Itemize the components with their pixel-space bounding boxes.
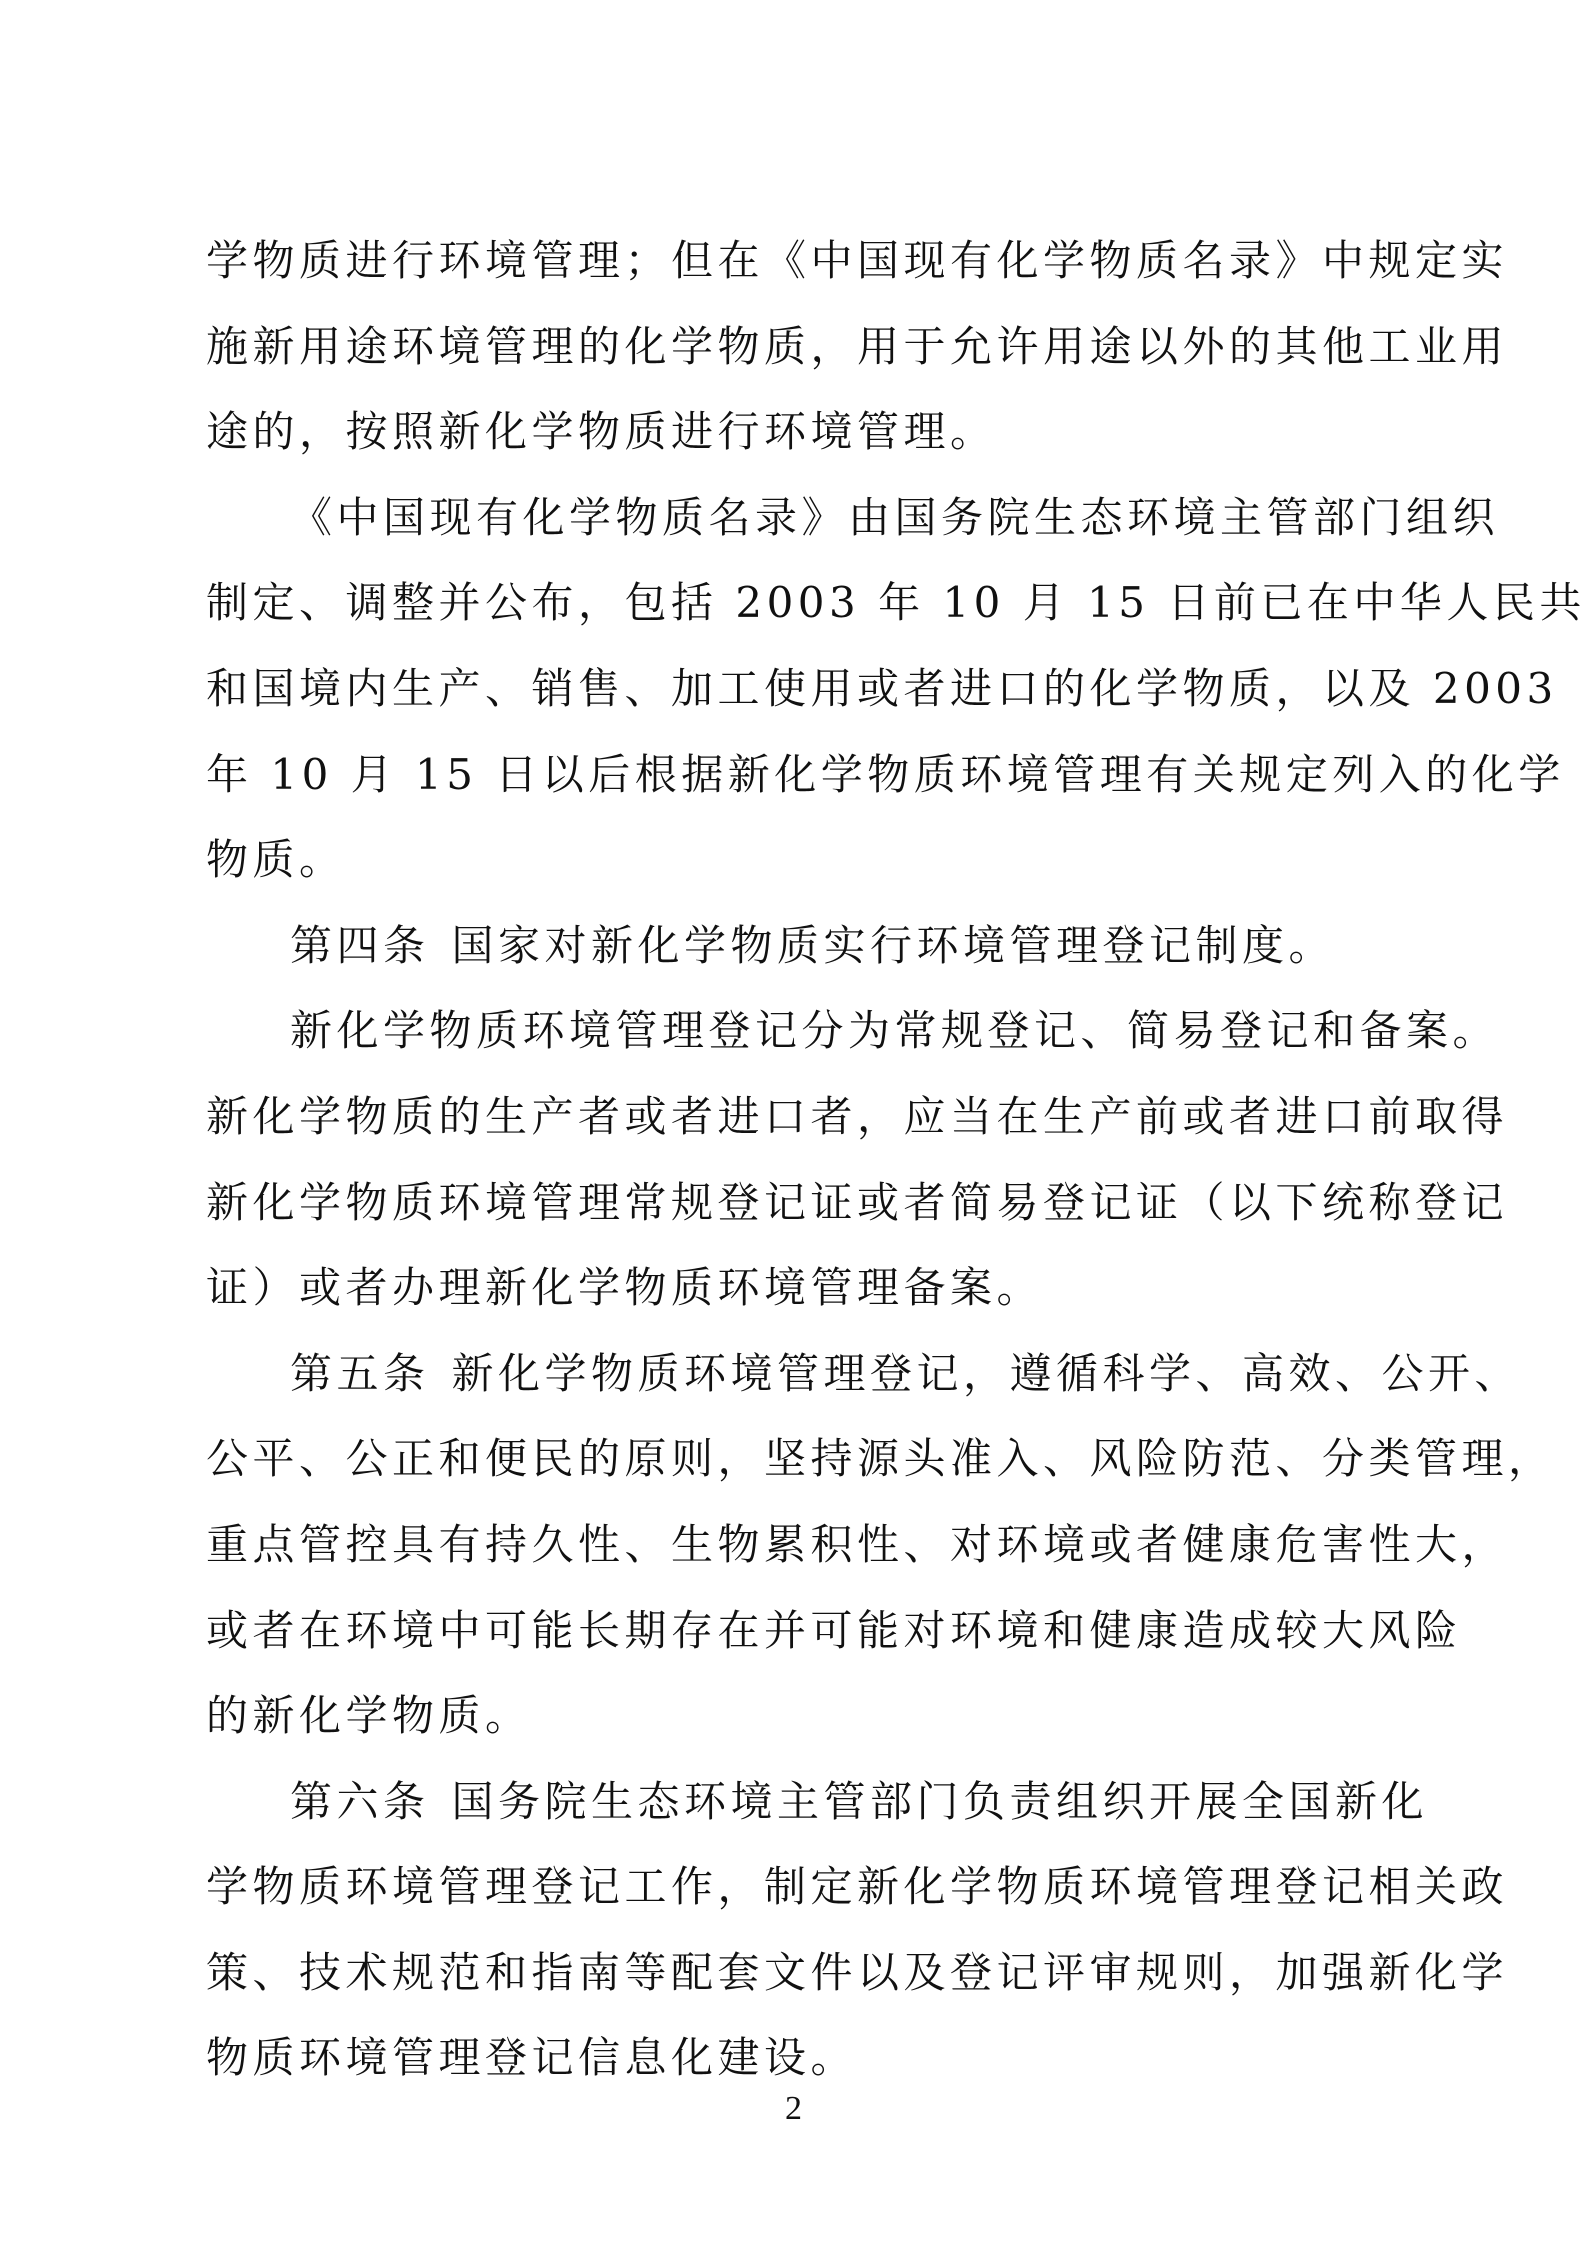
article-heading: 第四条 bbox=[290, 921, 430, 970]
page-number: 2 bbox=[0, 2090, 1587, 2128]
text-line: 重点管控具有持久性、生物累积性、对环境或者健康危害性大， bbox=[206, 1502, 1402, 1588]
text-line: 学物质进行环境管理；但在《中国现有化学物质名录》中规定实 bbox=[206, 218, 1402, 304]
document-body: 学物质进行环境管理；但在《中国现有化学物质名录》中规定实 施新用途环境管理的化学… bbox=[206, 218, 1402, 2101]
document-page: 学物质进行环境管理；但在《中国现有化学物质名录》中规定实 施新用途环境管理的化学… bbox=[0, 0, 1587, 2245]
article-4: 第四条国家对新化学物质实行环境管理登记制度。 bbox=[206, 903, 1402, 989]
article-6: 第六条国务院生态环境主管部门负责组织开展全国新化 学物质环境管理登记工作，制定新… bbox=[206, 1759, 1402, 2101]
text-line: 年 10 月 15 日以后根据新化学物质环境管理有关规定列入的化学 bbox=[206, 732, 1402, 818]
text-line: 第六条国务院生态环境主管部门负责组织开展全国新化 bbox=[206, 1759, 1402, 1845]
article-text: 国家对新化学物质实行环境管理登记制度。 bbox=[452, 921, 1336, 970]
text-line: 途的，按照新化学物质进行环境管理。 bbox=[206, 389, 1402, 475]
text-line: 和国境内生产、销售、加工使用或者进口的化学物质，以及 2003 bbox=[206, 646, 1402, 732]
text-line: 证）或者办理新化学物质环境管理备案。 bbox=[206, 1245, 1402, 1331]
text-line: 或者在环境中可能长期存在并可能对环境和健康造成较大风险 bbox=[206, 1588, 1402, 1674]
paragraph-inventory: 《中国现有化学物质名录》由国务院生态环境主管部门组织 制定、调整并公布，包括 2… bbox=[206, 475, 1402, 903]
text-line: 物质。 bbox=[206, 817, 1402, 903]
paragraph-article-4-detail: 新化学物质环境管理登记分为常规登记、简易登记和备案。 新化学物质的生产者或者进口… bbox=[206, 988, 1402, 1330]
text-line: 新化学物质环境管理登记分为常规登记、简易登记和备案。 bbox=[206, 988, 1402, 1074]
text-line: 第四条国家对新化学物质实行环境管理登记制度。 bbox=[206, 903, 1402, 989]
text-line: 制定、调整并公布，包括 2003 年 10 月 15 日前已在中华人民共 bbox=[206, 560, 1402, 646]
article-text: 新化学物质环境管理登记，遵循科学、高效、公开、 bbox=[452, 1349, 1522, 1398]
text-line: 学物质环境管理登记工作，制定新化学物质环境管理登记相关政 bbox=[206, 1844, 1402, 1930]
article-heading: 第五条 bbox=[290, 1349, 430, 1398]
paragraph-continuation: 学物质进行环境管理；但在《中国现有化学物质名录》中规定实 施新用途环境管理的化学… bbox=[206, 218, 1402, 475]
article-text: 国务院生态环境主管部门负责组织开展全国新化 bbox=[452, 1777, 1429, 1826]
text-line: 物质环境管理登记信息化建设。 bbox=[206, 2015, 1402, 2101]
text-line: 《中国现有化学物质名录》由国务院生态环境主管部门组织 bbox=[206, 475, 1402, 561]
text-line: 公平、公正和便民的原则，坚持源头准入、风险防范、分类管理， bbox=[206, 1416, 1402, 1502]
text-line: 新化学物质环境管理常规登记证或者简易登记证（以下统称登记 bbox=[206, 1160, 1402, 1246]
text-line: 施新用途环境管理的化学物质，用于允许用途以外的其他工业用 bbox=[206, 304, 1402, 390]
text-line: 策、技术规范和指南等配套文件以及登记评审规则，加强新化学 bbox=[206, 1930, 1402, 2016]
article-heading: 第六条 bbox=[290, 1777, 430, 1826]
text-line: 第五条新化学物质环境管理登记，遵循科学、高效、公开、 bbox=[206, 1331, 1402, 1417]
text-line: 新化学物质的生产者或者进口者，应当在生产前或者进口前取得 bbox=[206, 1074, 1402, 1160]
text-line: 的新化学物质。 bbox=[206, 1673, 1402, 1759]
article-5: 第五条新化学物质环境管理登记，遵循科学、高效、公开、 公平、公正和便民的原则，坚… bbox=[206, 1331, 1402, 1759]
